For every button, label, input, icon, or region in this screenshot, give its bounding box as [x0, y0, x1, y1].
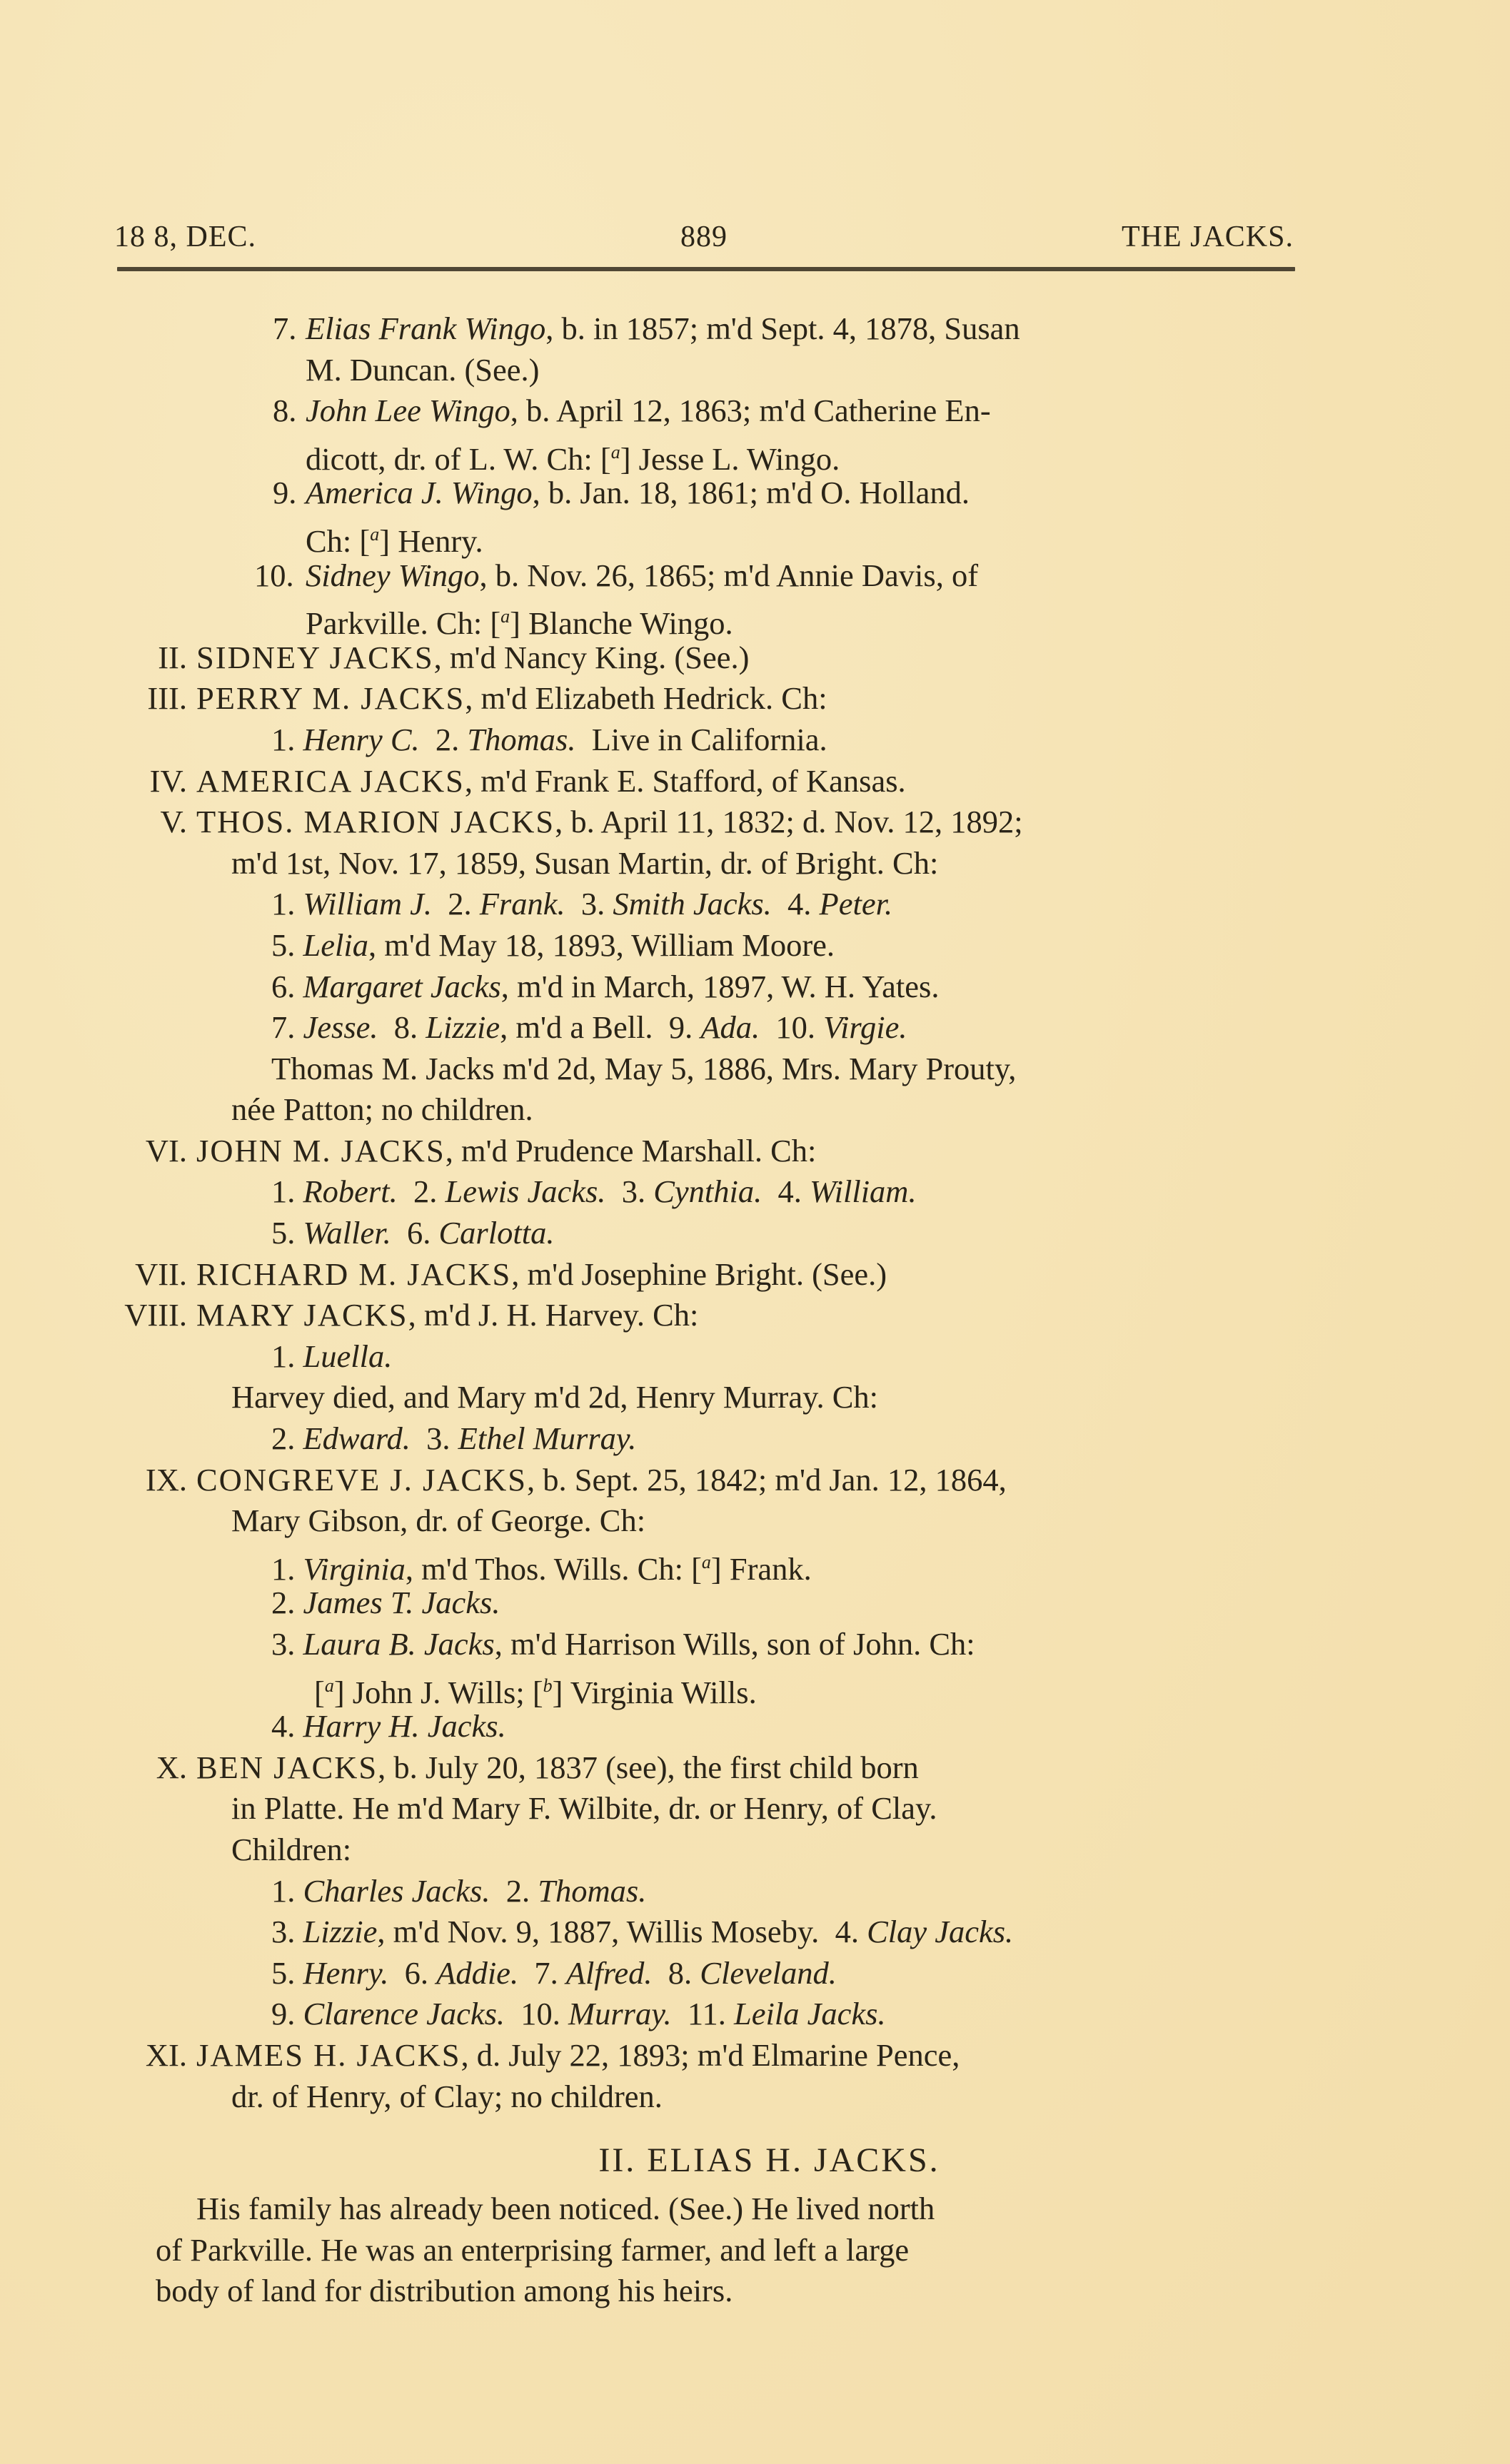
entry-iv: IV. AMERICA JACKS, m'd Frank E. Stafford…: [0, 761, 1510, 802]
footnote-marker: a: [702, 1552, 711, 1572]
entry-text: , m'd Nov. 9, 1887, Willis Moseby.: [377, 1914, 819, 1949]
child-name: Cleveland.: [700, 1955, 837, 1991]
child-name: Smith Jacks.: [613, 886, 771, 922]
entry-number: 10.: [254, 555, 294, 597]
person-name: John Lee Wingo: [306, 393, 510, 428]
child-number: 5.: [271, 1215, 295, 1251]
genealogy-body: 7. Elias Frank Wingo, b. in 1857; m'd Se…: [0, 308, 1510, 2312]
entry-text: ] Blanche Wingo.: [510, 605, 733, 641]
entry-text: , b. Sept. 25, 1842; m'd Jan. 12, 1864,: [527, 1462, 1007, 1498]
child-number: 4.: [835, 1914, 859, 1949]
entry-text: in Platte. He m'd Mary F. Wilbite, dr. o…: [231, 1788, 937, 1829]
entry-x-cont-2: Children:: [0, 1829, 1510, 1871]
paragraph-text: His family has already been noticed. (Se…: [196, 2188, 935, 2230]
footnote-marker: a: [370, 524, 379, 545]
person-name: RICHARD M. JACKS: [196, 1256, 511, 1292]
paragraph-text: of Parkville. He was an enterprising far…: [156, 2230, 909, 2271]
entry-text: , m'd May 18, 1893, William Moore.: [368, 927, 835, 963]
child-number: 3.: [271, 1914, 295, 1949]
child-number: 2.: [506, 1873, 530, 1909]
footnote-marker: a: [611, 442, 620, 463]
child-number: 3.: [581, 886, 605, 922]
person-name: BEN JACKS: [196, 1749, 378, 1785]
entry-v-children-4: 7. Jesse. 8. Lizzie, m'd a Bell. 9. Ada.…: [0, 1007, 1510, 1049]
footnote-marker: b: [543, 1675, 553, 1696]
child-number: 1.: [271, 1338, 295, 1374]
section-paragraph-line-3: body of land for distribution among his …: [0, 2271, 1510, 2312]
entry-x: X. BEN JACKS, b. July 20, 1837 (see), th…: [0, 1747, 1510, 1789]
child-number: 5.: [271, 927, 295, 963]
child-name: Lelia: [303, 927, 368, 963]
child-number: 8.: [668, 1955, 692, 1991]
wingo-entry-8-cont: dicott, dr. of L. W. Ch: [a] Jesse L. Wi…: [0, 432, 1510, 473]
entry-text: Thomas M. Jacks m'd 2d, May 5, 1886, Mrs…: [271, 1049, 1016, 1090]
entry-text: , m'd Frank E. Stafford, of Kansas.: [465, 763, 906, 799]
entry-viii-note: Harvey died, and Mary m'd 2d, Henry Murr…: [0, 1377, 1510, 1418]
child-name: Lizzie: [426, 1009, 500, 1045]
child-name: Edward.: [303, 1420, 411, 1456]
entry-v-children-3: 6. Margaret Jacks, m'd in March, 1897, W…: [0, 966, 1510, 1008]
child-name: Frank.: [480, 886, 565, 922]
entry-text: , m'd in March, 1897, W. H. Yates.: [501, 969, 940, 1004]
child-number: 1.: [271, 886, 295, 922]
child-name: Clay Jacks.: [867, 1914, 1013, 1949]
entry-text: , m'd Prudence Marshall. Ch:: [446, 1133, 817, 1168]
entry-text: , m'd Harrison Wills, son of John. Ch:: [495, 1626, 975, 1662]
entry-text: , b. July 20, 1837 (see), the first chil…: [378, 1749, 919, 1785]
entry-viii-children-2: 2. Edward. 3. Ethel Murray.: [0, 1418, 1510, 1460]
roman-numeral: V.: [160, 802, 187, 843]
entry-text: , m'd Nancy King. (See.): [434, 640, 750, 675]
entry-xi-cont: dr. of Henry, of Clay; no children.: [0, 2076, 1510, 2118]
entry-ii: II. SIDNEY JACKS, m'd Nancy King. (See.): [0, 637, 1510, 679]
entry-x-children-4: 9. Clarence Jacks. 10. Murray. 11. Leila…: [0, 1994, 1510, 2035]
person-name: Elias Frank Wingo: [306, 310, 545, 346]
child-name: Carlotta.: [438, 1215, 554, 1251]
entry-note: Live in California.: [592, 722, 827, 757]
entry-v-children-1: 1. William J. 2. Frank. 3. Smith Jacks. …: [0, 884, 1510, 925]
entry-v-cont: m'd 1st, Nov. 17, 1859, Susan Martin, dr…: [0, 843, 1510, 884]
entry-text: ] Frank.: [711, 1551, 812, 1587]
roman-numeral: VII.: [135, 1254, 187, 1296]
section-heading: II. ELIAS H. JACKS.: [0, 2133, 1510, 2188]
child-number: 4.: [787, 886, 811, 922]
entry-xi: XI. JAMES H. JACKS, d. July 22, 1893; m'…: [0, 2035, 1510, 2076]
child-number: 4.: [271, 1708, 295, 1744]
child-name: Ethel Murray.: [458, 1420, 637, 1456]
person-name: AMERICA JACKS: [196, 763, 465, 799]
entry-vii: VII. RICHARD M. JACKS, m'd Josephine Bri…: [0, 1254, 1510, 1296]
entry-ix-cont: Mary Gibson, dr. of George. Ch:: [0, 1500, 1510, 1542]
child-name: Luella.: [303, 1338, 393, 1374]
entry-text: dicott, dr. of L. W. Ch: [: [306, 441, 611, 477]
child-number: 11.: [688, 1996, 726, 2031]
entry-number: 7.: [273, 308, 296, 350]
entry-x-children-1: 1. Charles Jacks. 2. Thomas.: [0, 1871, 1510, 1912]
child-number: 7.: [534, 1955, 558, 1991]
entry-x-children-2: 3. Lizzie, m'd Nov. 9, 1887, Willis Mose…: [0, 1912, 1510, 1953]
roman-numeral: IX.: [146, 1460, 187, 1501]
entry-v-children-2: 5. Lelia, m'd May 18, 1893, William Moor…: [0, 925, 1510, 966]
person-name: PERRY M. JACKS: [196, 680, 465, 716]
entry-text: ] Jesse L. Wingo.: [620, 441, 840, 477]
page-number: 889: [114, 220, 1294, 254]
entry-ix-children-4: 4. Harry H. Jacks.: [0, 1706, 1510, 1747]
entry-text: Ch: [: [306, 523, 370, 559]
entry-text: , b. in 1857; m'd Sept. 4, 1878, Susan: [545, 310, 1020, 346]
child-number: 2.: [436, 722, 459, 757]
person-name: MARY JACKS: [196, 1297, 408, 1333]
footnote-marker: a: [500, 606, 510, 627]
child-number: 2.: [448, 886, 471, 922]
running-head: 18 8, DEC. 889 THE JACKS.: [114, 220, 1294, 260]
wingo-entry-7-cont: M. Duncan. (See.): [0, 350, 1510, 391]
child-name: William.: [810, 1173, 917, 1209]
child-number: 6.: [405, 1955, 428, 1991]
child-number: 8.: [394, 1009, 418, 1045]
child-name: Virgie.: [823, 1009, 907, 1045]
entry-ix-children-3-cont: [a] John J. Wills; [b] Virginia Wills.: [0, 1665, 1510, 1707]
child-name: Clarence Jacks.: [303, 1996, 505, 2031]
entry-text: , m'd a Bell.: [500, 1009, 653, 1045]
child-number: 3.: [426, 1420, 450, 1456]
entry-text: ] John J. Wills; [: [334, 1675, 543, 1710]
entry-text: Children:: [231, 1829, 351, 1871]
child-name: Lewis Jacks.: [446, 1173, 606, 1209]
entry-number: 9.: [273, 473, 296, 514]
child-name: Laura B. Jacks: [303, 1626, 495, 1662]
child-name: Peter.: [820, 886, 893, 922]
child-name: Waller.: [303, 1215, 391, 1251]
entry-text: , d. July 22, 1893; m'd Elmarine Pence,: [461, 2037, 960, 2073]
child-name: Addie.: [436, 1955, 518, 1991]
roman-numeral: IV.: [150, 761, 187, 802]
child-name: Lizzie: [303, 1914, 378, 1949]
child-number: 6.: [271, 969, 295, 1004]
entry-text: , m'd J. H. Harvey. Ch:: [408, 1297, 699, 1333]
child-number: 4.: [777, 1173, 801, 1209]
entry-viii-children-1: 1. Luella.: [0, 1336, 1510, 1378]
child-name: Margaret Jacks: [303, 969, 501, 1004]
entry-text: Mary Gibson, dr. of George. Ch:: [231, 1500, 645, 1542]
child-name: James T. Jacks.: [303, 1585, 500, 1620]
child-name: Cynthia.: [653, 1173, 762, 1209]
child-name: Virginia: [303, 1551, 406, 1587]
entry-ix-children-2: 2. James T. Jacks.: [0, 1582, 1510, 1624]
entry-text: , b. Jan. 18, 1861; m'd O. Holland.: [533, 475, 970, 510]
child-number: 2.: [271, 1585, 295, 1620]
child-number: 1.: [271, 722, 295, 757]
person-name: JOHN M. JACKS: [196, 1133, 446, 1168]
child-number: 1.: [271, 1551, 295, 1587]
child-name: Robert.: [303, 1173, 398, 1209]
child-name: Leila Jacks.: [734, 1996, 886, 2031]
entry-text: , m'd Thos. Wills. Ch: [: [406, 1551, 702, 1587]
child-number: 1.: [271, 1173, 295, 1209]
person-name: SIDNEY JACKS: [196, 640, 434, 675]
entry-text: née Patton; no children.: [231, 1089, 533, 1131]
entry-v-second-marriage: Thomas M. Jacks m'd 2d, May 5, 1886, Mrs…: [0, 1049, 1510, 1090]
entry-text: , b. Nov. 26, 1865; m'd Annie Davis, of: [479, 557, 978, 593]
child-name: Thomas.: [467, 722, 575, 757]
entry-viii: VIII. MARY JACKS, m'd J. H. Harvey. Ch:: [0, 1295, 1510, 1336]
book-page: 18 8, DEC. 889 THE JACKS. 7. Elias Frank…: [0, 0, 1510, 2464]
person-name: JAMES H. JACKS: [196, 2037, 461, 2073]
child-number: 3.: [622, 1173, 645, 1209]
entry-text: , m'd Elizabeth Hedrick. Ch:: [465, 680, 827, 716]
wingo-entry-10: 10. Sidney Wingo, b. Nov. 26, 1865; m'd …: [0, 555, 1510, 597]
footnote-marker: a: [325, 1675, 334, 1696]
person-name: THOS. MARION JACKS: [196, 804, 555, 839]
person-name: America J. Wingo: [306, 475, 533, 510]
child-number: 2.: [271, 1420, 295, 1456]
entry-text: ] Henry.: [379, 523, 483, 559]
person-name: Sidney Wingo: [306, 557, 479, 593]
person-name: CONGREVE J. JACKS: [196, 1462, 527, 1498]
child-name: Harry H. Jacks.: [303, 1708, 506, 1744]
child-name: Henry.: [303, 1955, 389, 1991]
entry-x-cont-1: in Platte. He m'd Mary F. Wilbite, dr. o…: [0, 1788, 1510, 1829]
child-name: Jesse.: [303, 1009, 378, 1045]
section-paragraph-line-2: of Parkville. He was an enterprising far…: [0, 2230, 1510, 2271]
entry-iii: III. PERRY M. JACKS, m'd Elizabeth Hedri…: [0, 678, 1510, 719]
wingo-entry-9-cont: Ch: [a] Henry.: [0, 514, 1510, 555]
entry-x-children-3: 5. Henry. 6. Addie. 7. Alfred. 8. Clevel…: [0, 1953, 1510, 1994]
child-name: William J.: [303, 886, 432, 922]
child-name: Thomas.: [538, 1873, 646, 1909]
child-number: 10.: [775, 1009, 815, 1045]
entry-v: V. THOS. MARION JACKS, b. April 11, 1832…: [0, 802, 1510, 843]
wingo-entry-7: 7. Elias Frank Wingo, b. in 1857; m'd Se…: [0, 308, 1510, 350]
child-number: 1.: [271, 1873, 295, 1909]
child-name: Alfred.: [566, 1955, 653, 1991]
entry-text: [: [314, 1675, 325, 1710]
section-paragraph-line-1: His family has already been noticed. (Se…: [0, 2188, 1510, 2230]
roman-numeral: VIII.: [124, 1295, 187, 1336]
entry-ix-children-1: 1. Virginia, m'd Thos. Wills. Ch: [a] Fr…: [0, 1542, 1510, 1583]
wingo-entry-10-cont: Parkville. Ch: [a] Blanche Wingo.: [0, 596, 1510, 637]
entry-vi: VI. JOHN M. JACKS, m'd Prudence Marshall…: [0, 1131, 1510, 1172]
child-number: 7.: [271, 1009, 295, 1045]
entry-vi-children-2: 5. Waller. 6. Carlotta.: [0, 1213, 1510, 1254]
entry-ix: IX. CONGREVE J. JACKS, b. Sept. 25, 1842…: [0, 1460, 1510, 1501]
child-name: Murray.: [568, 1996, 672, 2031]
entry-text: Harvey died, and Mary m'd 2d, Henry Murr…: [231, 1377, 878, 1418]
child-name: Ada.: [700, 1009, 760, 1045]
roman-numeral: VI.: [146, 1131, 187, 1172]
entry-text: m'd 1st, Nov. 17, 1859, Susan Martin, dr…: [231, 843, 938, 884]
child-number: 3.: [271, 1626, 295, 1662]
header-rule: [117, 267, 1295, 271]
entry-ix-children-3: 3. Laura B. Jacks, m'd Harrison Wills, s…: [0, 1624, 1510, 1665]
entry-text: dr. of Henry, of Clay; no children.: [231, 2076, 663, 2118]
entry-text: M. Duncan. (See.): [306, 350, 539, 391]
entry-text: , b. April 12, 1863; m'd Catherine En-: [510, 393, 991, 428]
entry-vi-children-1: 1. Robert. 2. Lewis Jacks. 3. Cynthia. 4…: [0, 1171, 1510, 1213]
entry-text: , b. April 11, 1832; d. Nov. 12, 1892;: [555, 804, 1023, 839]
running-head-title: THE JACKS.: [1122, 220, 1294, 254]
roman-numeral: XI.: [146, 2035, 187, 2076]
child-number: 2.: [413, 1173, 437, 1209]
roman-numeral: III.: [147, 678, 187, 719]
entry-text: , m'd Josephine Bright. (See.): [511, 1256, 887, 1292]
wingo-entry-9: 9. America J. Wingo, b. Jan. 18, 1861; m…: [0, 473, 1510, 514]
paragraph-text: body of land for distribution among his …: [156, 2271, 733, 2312]
entry-text: Parkville. Ch: [: [306, 605, 500, 641]
entry-v-second-marriage-cont: née Patton; no children.: [0, 1089, 1510, 1131]
child-number: 5.: [271, 1955, 295, 1991]
child-name: Henry C.: [303, 722, 420, 757]
entry-number: 8.: [273, 390, 296, 432]
child-number: 9.: [669, 1009, 693, 1045]
entry-text: ] Virginia Wills.: [553, 1675, 757, 1710]
child-number: 6.: [407, 1215, 431, 1251]
child-number: 10.: [520, 1996, 560, 2031]
roman-numeral: X.: [156, 1747, 187, 1789]
roman-numeral: II.: [158, 637, 187, 679]
child-name: Charles Jacks.: [303, 1873, 490, 1909]
entry-iii-children: 1. Henry C. 2. Thomas. Live in Californi…: [0, 719, 1510, 761]
child-number: 9.: [271, 1996, 295, 2031]
wingo-entry-8: 8. John Lee Wingo, b. April 12, 1863; m'…: [0, 390, 1510, 432]
